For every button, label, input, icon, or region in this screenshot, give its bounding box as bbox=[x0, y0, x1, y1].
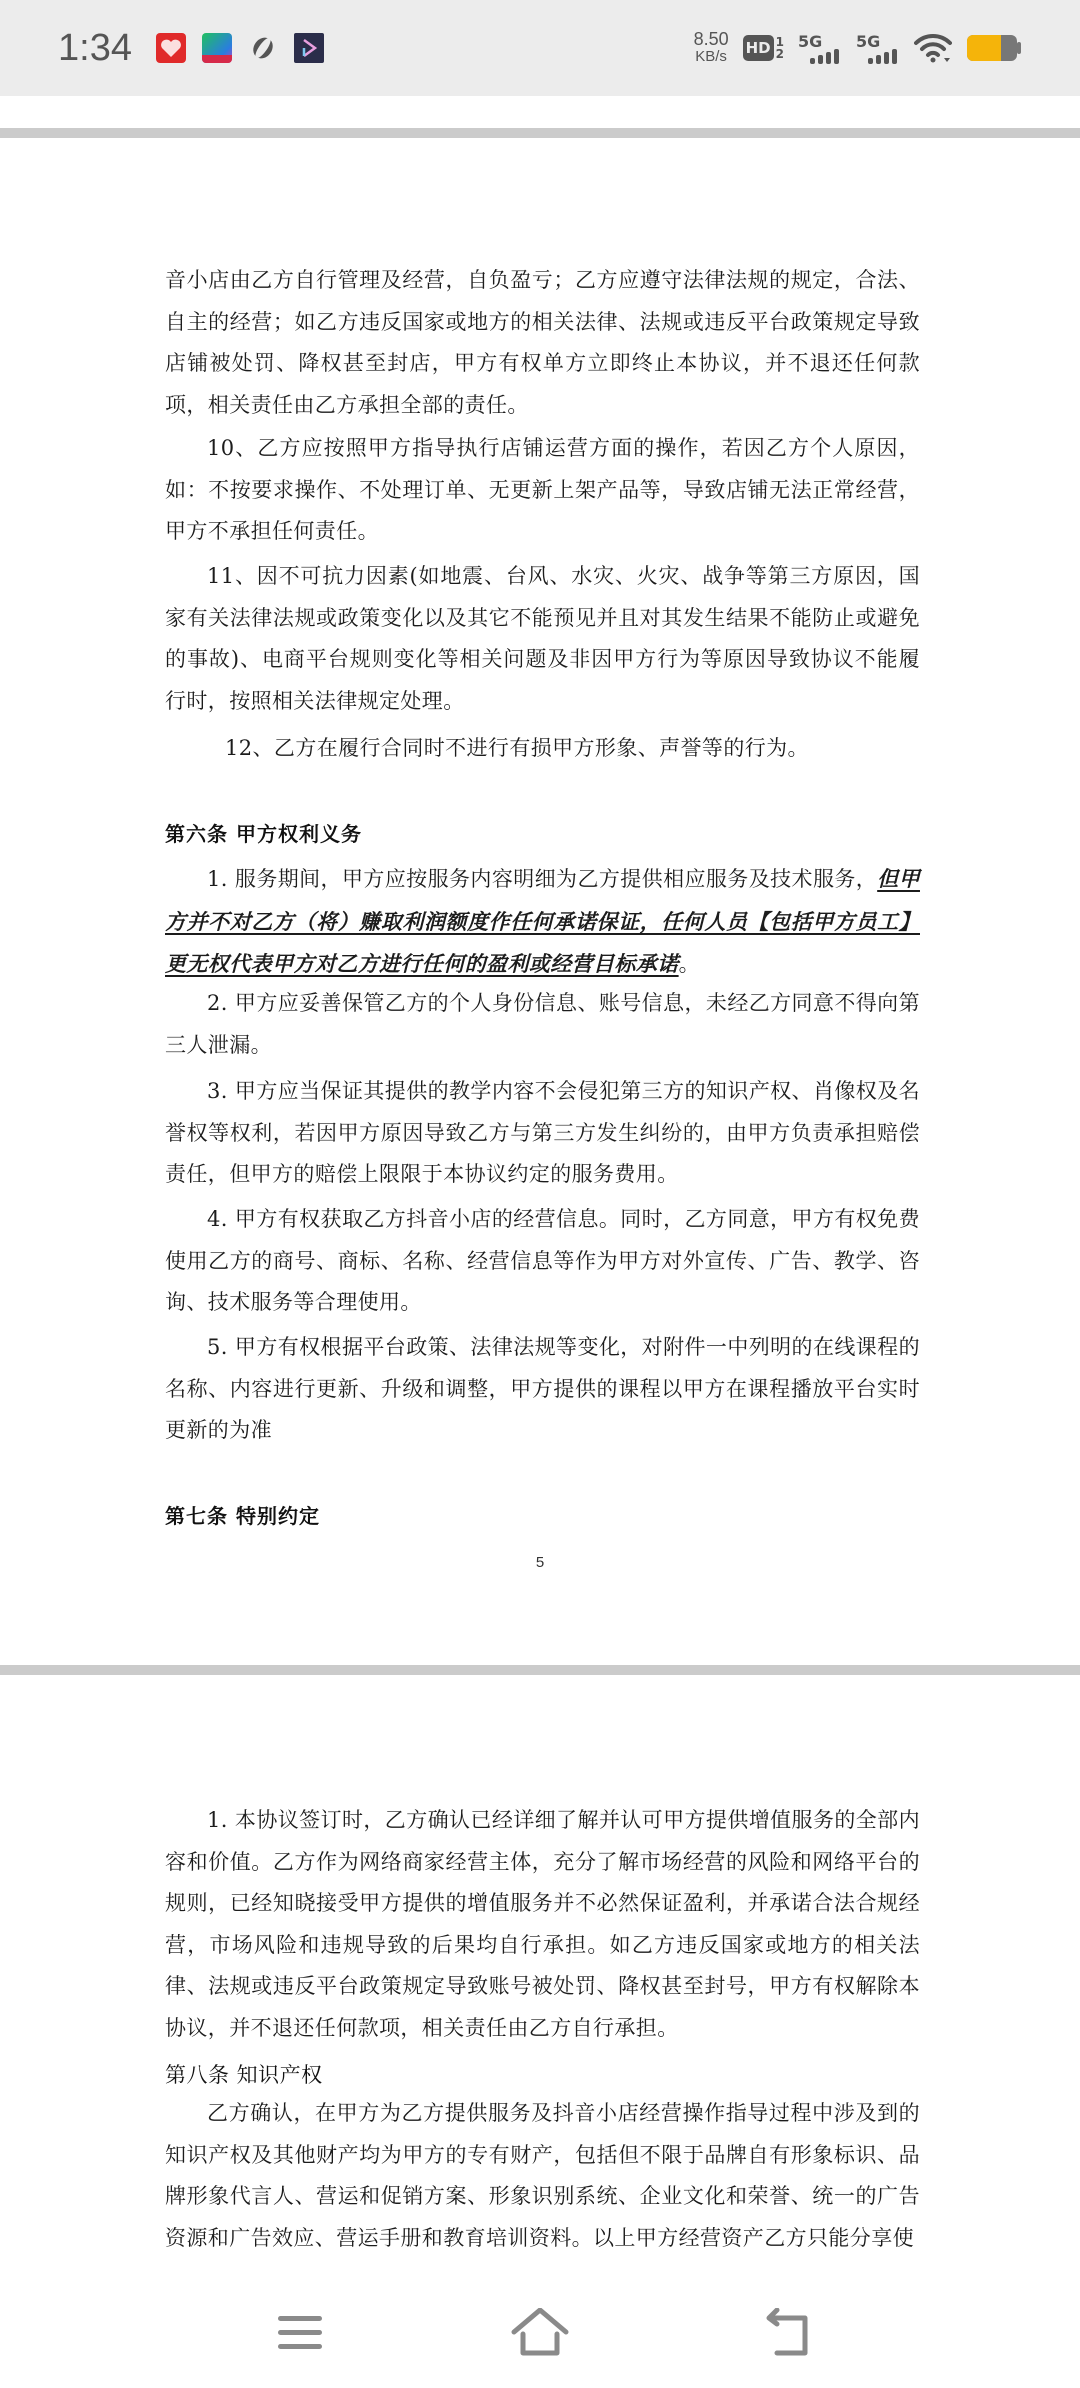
viewer-top-gap bbox=[0, 96, 1080, 128]
document-page-5: 音小店由乙方自行管理及经营，自负盈亏；乙方应遵守法律法规的规定，合法、自主的经营… bbox=[0, 138, 1080, 1665]
home-icon bbox=[510, 2308, 570, 2358]
battery-icon bbox=[966, 33, 1022, 63]
section-6-heading: 第六条 甲方权利义务 bbox=[165, 818, 362, 847]
green-video-app-icon bbox=[202, 33, 232, 63]
network-speed: 8.50 KB/s bbox=[694, 31, 729, 65]
status-bar: 1:34 8.50 KB/s HD 1 2 5G 5G bbox=[0, 0, 1080, 96]
menu-icon bbox=[277, 2313, 323, 2353]
section-7-heading: 第七条 特别约定 bbox=[165, 1500, 320, 1529]
section-8-paragraph: 乙方确认，在甲方为乙方提供服务及抖音小店经营操作指导过程中涉及到的知识产权及其他… bbox=[165, 2093, 920, 2259]
navigation-bar bbox=[0, 2270, 1080, 2388]
section-6-item-1: 1. 服务期间，甲方应按服务内容明细为乙方提供相应服务及技术服务，但甲方并不对乙… bbox=[165, 858, 920, 986]
video-player-icon bbox=[294, 33, 324, 63]
paragraph-9-continued: 音小店由乙方自行管理及经营，自负盈亏；乙方应遵守法律法规的规定，合法、自主的经营… bbox=[165, 260, 920, 426]
paragraph-10: 10、乙方应按照甲方指导执行店铺运营方面的操作，若因乙方个人原因，如：不按要求操… bbox=[165, 428, 920, 553]
paragraph-11: 11、因不可抗力因素(如地震、台风、水灾、火灾、战争等第三方原因，国家有关法律法… bbox=[165, 556, 920, 722]
page-separator bbox=[0, 128, 1080, 138]
sim2-signal-icon: 5G bbox=[856, 32, 900, 64]
page-separator bbox=[0, 1665, 1080, 1675]
red-heart-app-icon bbox=[156, 33, 186, 63]
section-6-item-4: 4. 甲方有权获取乙方抖音小店的经营信息。同时，乙方同意，甲方有权免费使用乙方的… bbox=[165, 1199, 920, 1324]
page-number: 5 bbox=[0, 1554, 1080, 1571]
section-6-item-2: 2. 甲方应妥善保管乙方的个人身份信息、账号信息，未经乙方同意不得向第三人泄漏。 bbox=[165, 983, 920, 1066]
sim1-signal-icon: 5G bbox=[798, 32, 842, 64]
planet-browser-icon bbox=[248, 33, 278, 63]
section-6-item-5: 5. 甲方有权根据平台政策、法律法规等变化，对附件一中列明的在线课程的名称、内容… bbox=[165, 1327, 920, 1452]
section-7-item-1: 1. 本协议签订时，乙方确认已经详细了解并认可甲方提供增值服务的全部内容和价值。… bbox=[165, 1800, 920, 2049]
menu-button[interactable] bbox=[270, 2308, 330, 2358]
hd-voice-icon: HD 1 2 bbox=[743, 35, 784, 61]
section-8-heading: 第八条 知识产权 bbox=[165, 2059, 323, 2089]
home-button[interactable] bbox=[510, 2308, 570, 2358]
status-time: 1:34 bbox=[58, 27, 132, 70]
section-6-item-3: 3. 甲方应当保证其提供的教学内容不会侵犯第三方的知识产权、肖像权及名誉权等权利… bbox=[165, 1071, 920, 1196]
paragraph-12: 12、乙方在履行合同时不进行有损甲方形象、声誉等的行为。 bbox=[165, 728, 920, 770]
wifi-icon bbox=[914, 32, 952, 64]
document-page-6: 1. 本协议签订时，乙方确认已经详细了解并认可甲方提供增值服务的全部内容和价值。… bbox=[0, 1675, 1080, 2270]
back-button[interactable] bbox=[758, 2308, 818, 2358]
back-icon bbox=[763, 2308, 813, 2358]
